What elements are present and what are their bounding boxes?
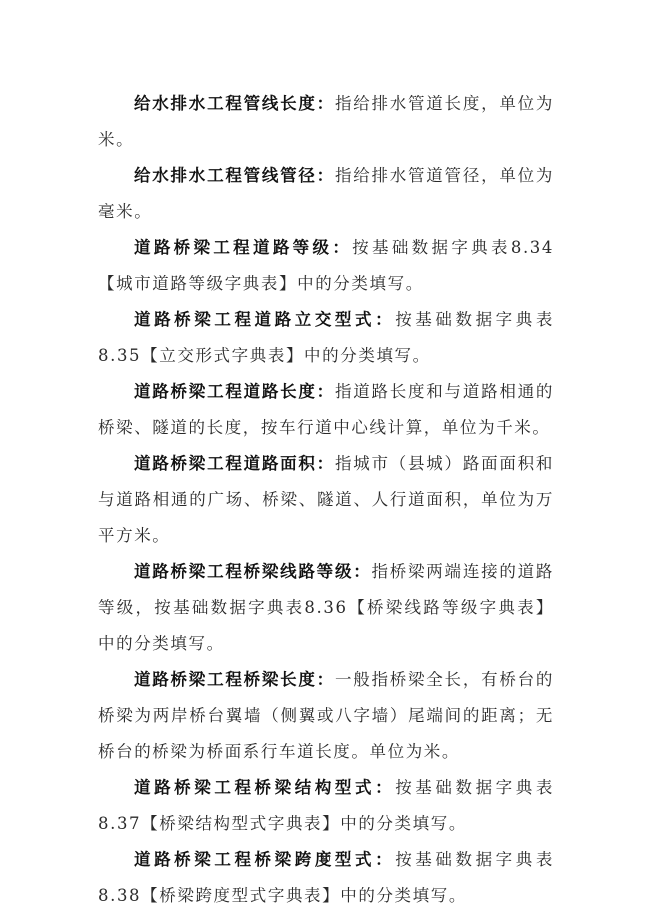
paragraph-pipeline-diameter: 给水排水工程管线管径：指给排水管道管径，单位为毫米。 [98, 158, 554, 230]
paragraph-road-area: 道路桥梁工程道路面积：指城市（县城）路面面积和与道路相通的广场、桥梁、隧道、人行… [98, 446, 554, 554]
document-page: 给水排水工程管线长度：指给排水管道长度，单位为米。 给水排水工程管线管径：指给排… [0, 0, 650, 919]
document-body: 给水排水工程管线长度：指给排水管道长度，单位为米。 给水排水工程管线管径：指给排… [98, 86, 554, 914]
term-label: 道路桥梁工程道路等级： [134, 238, 352, 257]
page-number: 30 [0, 853, 650, 865]
term-label: 道路桥梁工程道路长度： [134, 382, 335, 401]
paragraph-road-length: 道路桥梁工程道路长度：指道路长度和与道路相通的桥梁、隧道的长度，按车行道中心线计… [98, 374, 554, 446]
term-label: 给水排水工程管线长度： [134, 94, 335, 113]
paragraph-interchange-type: 道路桥梁工程道路立交型式：按基础数据字典表 8.35【立交形式字典表】中的分类填… [98, 302, 554, 374]
paragraph-pipeline-length: 给水排水工程管线长度：指给排水管道长度，单位为米。 [98, 86, 554, 158]
term-label: 道路桥梁工程桥梁长度： [134, 670, 335, 689]
term-label: 道路桥梁工程道路面积： [134, 454, 335, 473]
term-label: 道路桥梁工程桥梁结构型式： [134, 778, 395, 797]
term-label: 给水排水工程管线管径： [134, 166, 335, 185]
paragraph-bridge-structure-type: 道路桥梁工程桥梁结构型式：按基础数据字典表 8.37【桥梁结构型式字典表】中的分… [98, 770, 554, 842]
paragraph-road-grade: 道路桥梁工程道路等级：按基础数据字典表8.34【城市道路等级字典表】中的分类填写… [98, 230, 554, 302]
paragraph-bridge-length: 道路桥梁工程桥梁长度：一般指桥梁全长，有桥台的桥梁为两岸桥台翼墙（侧翼或八字墙）… [98, 662, 554, 770]
paragraph-bridge-route-grade: 道路桥梁工程桥梁线路等级：指桥梁两端连接的道路等级，按基础数据字典表8.36【桥… [98, 554, 554, 662]
term-label: 道路桥梁工程桥梁线路等级： [134, 562, 371, 581]
term-label: 道路桥梁工程道路立交型式： [134, 310, 395, 329]
